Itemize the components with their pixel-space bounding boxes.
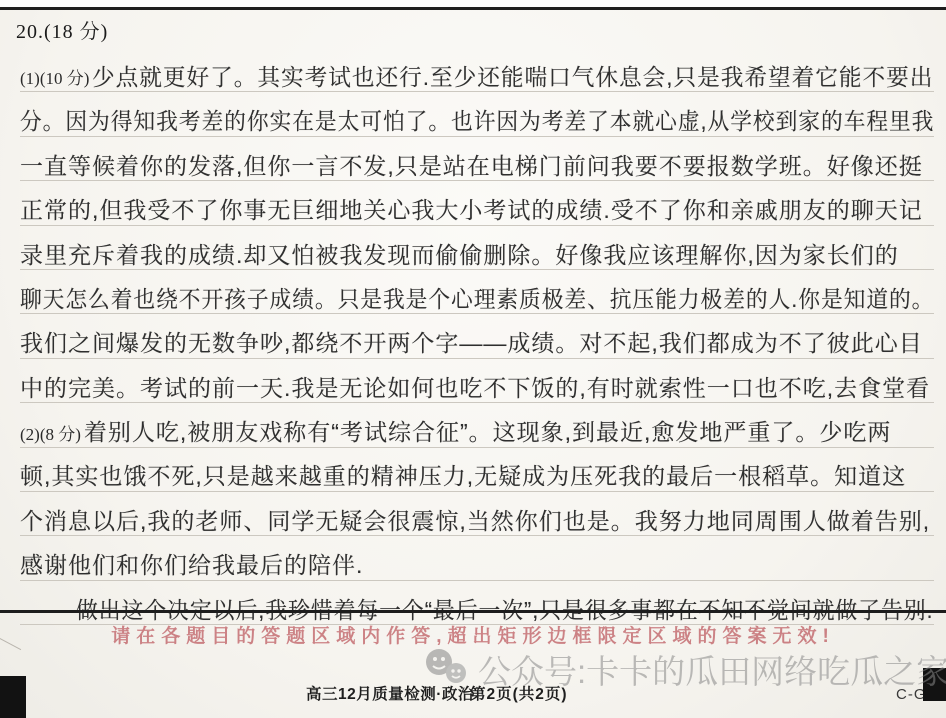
answer-box-bottom-border bbox=[0, 610, 946, 613]
answer-line: (2)(8 分)着别人吃,被朋友戏称有“考试综合征”。这现象,到最近,愈发地严重… bbox=[20, 403, 934, 447]
handwritten-text: 一直等候着你的发落,但你一言不发,只是站在电梯门前问我要不要报数学班。好像还挺 bbox=[20, 153, 923, 179]
part-score-label: (1)(10 分) bbox=[20, 70, 89, 90]
answer-line: 正常的,但我受不了你事无巨细地关心我大小考试的成绩.受不了你和亲戚朋友的聊天记 bbox=[20, 181, 934, 225]
answer-line: 顿,其实也饿不死,只是越来越重的精神压力,无疑成为压死我的最后一根稻草。知道这 bbox=[20, 448, 934, 492]
answer-line: 做出这个决定以后,我珍惜着每一个“最后一次”,只是很多事都在不知不觉间就做了告别… bbox=[20, 581, 934, 625]
handwritten-text: 分。因为得知我考差的你实在是太可怕了。也许因为考差了本就心虚,从学校到家的车程里… bbox=[20, 108, 934, 134]
answer-line: 一直等候着你的发落,但你一言不发,只是站在电梯门前问我要不要报数学班。好像还挺 bbox=[20, 137, 934, 181]
registration-mark-bottom-left bbox=[0, 676, 26, 718]
handwritten-text: 中的完美。考试的前一天.我是无论如何也吃不下饭的,有时就索性一口也不吃,去食堂看 bbox=[20, 375, 930, 401]
answer-line: 个消息以后,我的老师、同学无疑会很震惊,当然你们也是。我努力地同周围人做着告别, bbox=[20, 492, 934, 536]
answer-line: 录里充斥着我的成绩.却又怕被我发现而偷偷删除。好像我应该理解你,因为家长们的 bbox=[20, 226, 934, 270]
handwritten-text: 少点就更好了。其实考试也还行.至少还能喘口气休息会,只是我希望着它能不要出 bbox=[92, 64, 933, 90]
answer-line: 中的完美。考试的前一天.我是无论如何也吃不下饭的,有时就索性一口也不吃,去食堂看 bbox=[20, 359, 934, 403]
registration-mark-bottom-right bbox=[923, 668, 946, 701]
handwritten-text: 录里充斥着我的成绩.却又怕被我发现而偷偷删除。好像我应该理解你,因为家长们的 bbox=[20, 242, 899, 268]
answer-line: (1)(10 分)少点就更好了。其实考试也还行.至少还能喘口气休息会,只是我希望… bbox=[20, 48, 934, 92]
paper-code: C-G bbox=[896, 686, 927, 703]
handwritten-text: 正常的,但我受不了你事无巨细地关心我大小考试的成绩.受不了你和亲戚朋友的聊天记 bbox=[20, 197, 923, 223]
handwritten-text: 我们之间爆发的无数争吵,都绕不开两个字——成绩。对不起,我们都成为不了彼此心目 bbox=[20, 330, 923, 356]
answer-line: 分。因为得知我考差的你实在是太可怕了。也许因为考差了本就心虚,从学校到家的车程里… bbox=[20, 92, 934, 136]
page-number: 第2页(共2页) bbox=[470, 682, 568, 704]
handwritten-text: 聊天怎么着也绕不开孩子成绩。只是我是个心理素质极差、抗压能力极差的人.你是知道的… bbox=[20, 286, 934, 312]
answer-box-top-border bbox=[0, 7, 946, 10]
paper-top-margin bbox=[0, 0, 946, 7]
answer-line: 聊天怎么着也绕不开孩子成绩。只是我是个心理素质极差、抗压能力极差的人.你是知道的… bbox=[20, 270, 934, 314]
page-footer: 高三12月质量检测·政治 第2页(共2页) C-G bbox=[0, 682, 946, 706]
question-number-label: 20.(18 分) bbox=[16, 15, 108, 44]
handwritten-text: 顿,其实也饿不死,只是越来越重的精神压力,无疑成为压死我的最后一根稻草。知道这 bbox=[20, 463, 906, 489]
part-score-label: (2)(8 分) bbox=[20, 426, 81, 446]
exam-title: 高三12月质量检测·政治 bbox=[306, 682, 474, 704]
answer-lines: (1)(10 分)少点就更好了。其实考试也还行.至少还能喘口气休息会,只是我希望… bbox=[20, 48, 934, 625]
answer-area-warning: 请在各题目的答题区域内作答,超出矩形边框限定区域的答案无效! bbox=[0, 621, 946, 648]
handwritten-text: 感谢他们和你们给我最后的陪伴. bbox=[20, 552, 363, 578]
answer-line: 感谢他们和你们给我最后的陪伴. bbox=[20, 536, 934, 580]
handwritten-text: 个消息以后,我的老师、同学无疑会很震惊,当然你们也是。我努力地同周围人做着告别, bbox=[20, 508, 930, 534]
answer-line: 我们之间爆发的无数争吵,都绕不开两个字——成绩。对不起,我们都成为不了彼此心目 bbox=[20, 314, 934, 358]
handwritten-text: 着别人吃,被朋友戏称有“考试综合征”。这现象,到最近,愈发地严重了。少吃两 bbox=[84, 419, 892, 445]
